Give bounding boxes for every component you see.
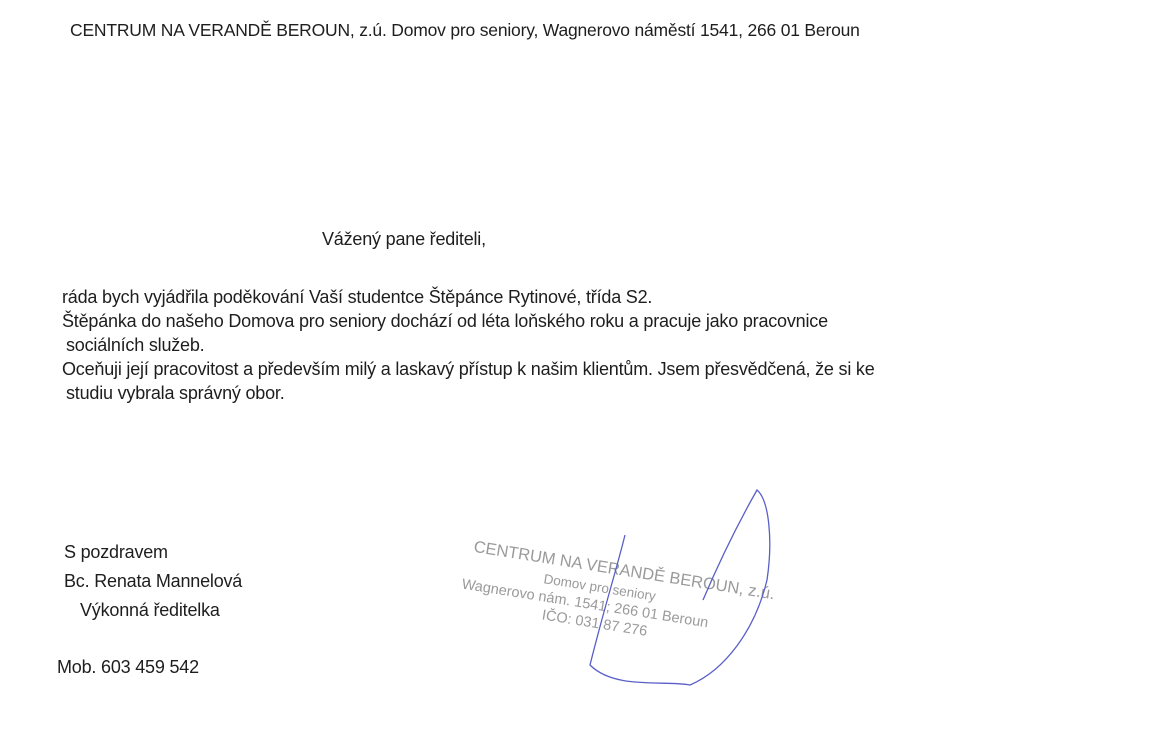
body-line: Štěpánka do našeho Domova pro seniory do… xyxy=(62,310,828,332)
signer-name: Bc. Renata Mannelová xyxy=(64,570,242,592)
body-line: ráda bych vyjádřila poděkování Vaší stud… xyxy=(62,286,652,308)
official-stamp: CENTRUM NA VERANDĚ BEROUN, z.ú. Domov pr… xyxy=(455,480,795,700)
body-line: sociálních služeb. xyxy=(66,334,204,356)
signer-title: Výkonná ředitelka xyxy=(80,599,220,621)
phone-number: Mob. 603 459 542 xyxy=(57,656,199,678)
closing: S pozdravem xyxy=(64,541,168,563)
body-line: Oceňuji její pracovitost a především mil… xyxy=(62,358,875,380)
letterhead-address: CENTRUM NA VERANDĚ BEROUN, z.ú. Domov pr… xyxy=(70,19,860,41)
body-line: studiu vybrala správný obor. xyxy=(66,382,285,404)
salutation: Vážený pane řediteli, xyxy=(322,228,486,250)
stamp-graphic: CENTRUM NA VERANDĚ BEROUN, z.ú. Domov pr… xyxy=(455,480,795,700)
